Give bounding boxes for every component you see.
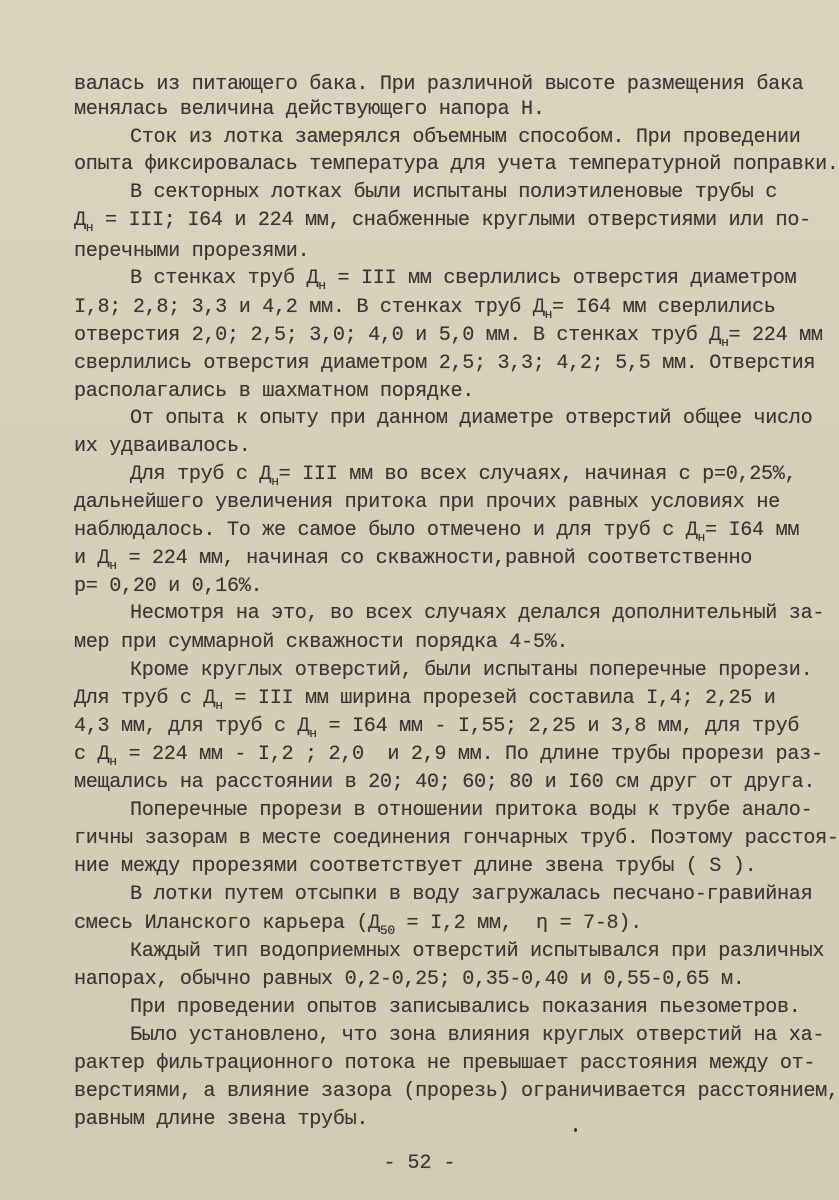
text-line: опыта фиксировалась температура для учет… xyxy=(74,152,839,178)
text-line: с Дн = 224 мм - I,2 ; 2,0 и 2,9 мм. По д… xyxy=(74,742,823,768)
text-line: Было установлено, что зона влияния кругл… xyxy=(130,1023,824,1049)
text-line: ние между прорезями соответствует длине … xyxy=(74,854,756,880)
text-line: менялась величина действующего напора Н. xyxy=(74,97,545,123)
text-line: Несмотря на это, во всех случаях делался… xyxy=(130,601,824,627)
text-line: гичны зазорам в месте соединения гончарн… xyxy=(74,826,839,852)
ink-speck xyxy=(574,1128,577,1132)
text-line: Каждый тип водоприемных отверстий испыты… xyxy=(130,939,824,965)
text-line: напорах, обычно равных 0,2-0,25; 0,35-0,… xyxy=(74,967,745,993)
text-line: располагались в шахматном порядке. xyxy=(74,379,474,405)
text-line: р= 0,20 и 0,16%. xyxy=(74,574,262,600)
text-line: сверлились отверстия диаметром 2,5; 3,3;… xyxy=(74,351,815,377)
page-number: - 52 - xyxy=(0,1152,839,1175)
text-line: Для труб с Дн= III мм во всех случаях, н… xyxy=(130,462,796,488)
text-line: мещались на расстоянии в 20; 40; 60; 80 … xyxy=(74,770,815,796)
text-line: рактер фильтрационного потока не превыша… xyxy=(74,1051,815,1077)
text-line: наблюдалось. То же самое было отмечено и… xyxy=(74,518,799,544)
text-line: верстиями, а влияние зазора (прорезь) ог… xyxy=(74,1079,839,1105)
text-line: Для труб с Дн = III мм ширина прорезей с… xyxy=(74,686,776,712)
text-line: отверстия 2,0; 2,5; 3,0; 4,0 и 5,0 мм. В… xyxy=(74,323,823,349)
text-line: От опыта к опыту при данном диаметре отв… xyxy=(130,406,812,432)
text-line: В секторных лотках были испытаны полиэти… xyxy=(130,180,777,206)
text-line: их удваивалось. xyxy=(74,434,250,460)
text-line: Поперечные прорези в отношении притока в… xyxy=(130,798,812,824)
text-line: и Дн = 224 мм, начиная со скважности,рав… xyxy=(74,546,752,572)
text-line: I,8; 2,8; 3,3 и 4,2 мм. В стенках труб Д… xyxy=(74,295,776,321)
text-line: смесь Иланского карьера (Д50 = I,2 мм, η… xyxy=(74,911,642,937)
text-line: В стенках труб Дн = III мм сверлились от… xyxy=(130,266,796,292)
text-line: валась из питающего бака. При различной … xyxy=(74,72,803,98)
text-line: Сток из лотка замерялся объемным способо… xyxy=(130,125,801,151)
text-line: равным длине звена трубы. xyxy=(74,1107,368,1133)
text-line: перечными прорезями. xyxy=(74,239,309,265)
text-line: При проведении опытов записывались показ… xyxy=(130,995,801,1021)
text-line: В лотки путем отсыпки в воду загружалась… xyxy=(130,882,812,908)
text-line: Кроме круглых отверстий, были испытаны п… xyxy=(130,658,812,684)
text-line: мер при суммарной скважности порядка 4-5… xyxy=(74,630,568,656)
document-page: валась из питающего бака. При различной … xyxy=(0,0,839,1200)
text-line: Дн = III; I64 и 224 мм, снабженные кругл… xyxy=(74,208,811,234)
text-line: 4,3 мм, для труб с Дн = I64 мм - I,55; 2… xyxy=(74,714,799,740)
text-line: дальнейшего увеличения притока при прочи… xyxy=(74,490,780,516)
